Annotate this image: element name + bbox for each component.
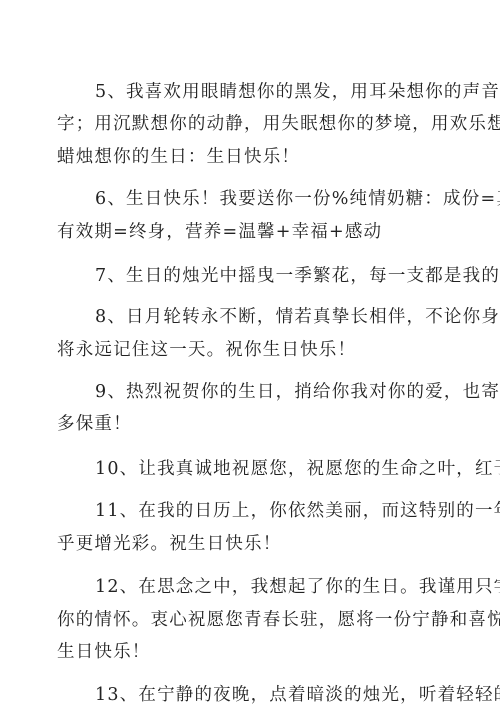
paragraph-11-line-1: 11、在我的日历上，你依然美丽，而这特别的一年使你 <box>95 499 500 523</box>
paragraph-7-line-1: 7、生日的烛光中摇曳一季繁花，每一支都是我的祝愿：生 <box>95 264 500 288</box>
paragraph-10-line-1: 10、让我真诚地祝愿您，祝愿您的生命之叶，红于二月 <box>95 457 500 481</box>
paragraph-5-line-3: 蜡烛想你的生日：生日快乐！ <box>57 145 300 169</box>
paragraph-12-line-3: 生日快乐！ <box>57 640 151 664</box>
paragraph-9-line-1: 9、热烈祝贺你的生日，捎给你我对你的爱，也寄来一份 <box>95 380 500 404</box>
paragraph-5-line-2: 字；用沉默想你的动静，用失眠想你的梦境，用欢乐想你的 <box>57 112 500 136</box>
paragraph-8-line-2: 将永远记住这一天。祝你生日快乐！ <box>57 338 356 362</box>
paragraph-6-line-2: 有效期=终身，营养=温馨+幸福+感动 <box>57 220 382 244</box>
paragraph-12-line-2: 你的情怀。衷心祝愿您青春长驻，愿将一份宁静和喜悦悄悄 <box>57 608 500 632</box>
paragraph-8-line-1: 8、日月轮转永不断，情若真挚长相伴，不论你身在天涯 <box>95 305 500 329</box>
paragraph-12-line-1: 12、在思念之中，我想起了你的生日。我谨用只字片语 <box>95 575 500 599</box>
paragraph-9-line-2: 多保重！ <box>57 412 132 436</box>
document-page: 5、我喜欢用眼睛想你的黑发，用耳朵想你的声音，用笔 字；用沉默想你的动静，用失眠… <box>0 0 500 708</box>
paragraph-13-line-1: 13、在宁静的夜晚，点着暗淡的烛光，听着轻轻的音， <box>95 683 500 707</box>
paragraph-5-line-1: 5、我喜欢用眼睛想你的黑发，用耳朵想你的声音，用笔 <box>95 80 500 104</box>
paragraph-6-line-1: 6、生日快乐！我要送你一份%纯情奶糖：成份=真心+怀 <box>95 187 500 211</box>
paragraph-11-line-2: 乎更增光彩。祝生日快乐！ <box>57 532 281 556</box>
